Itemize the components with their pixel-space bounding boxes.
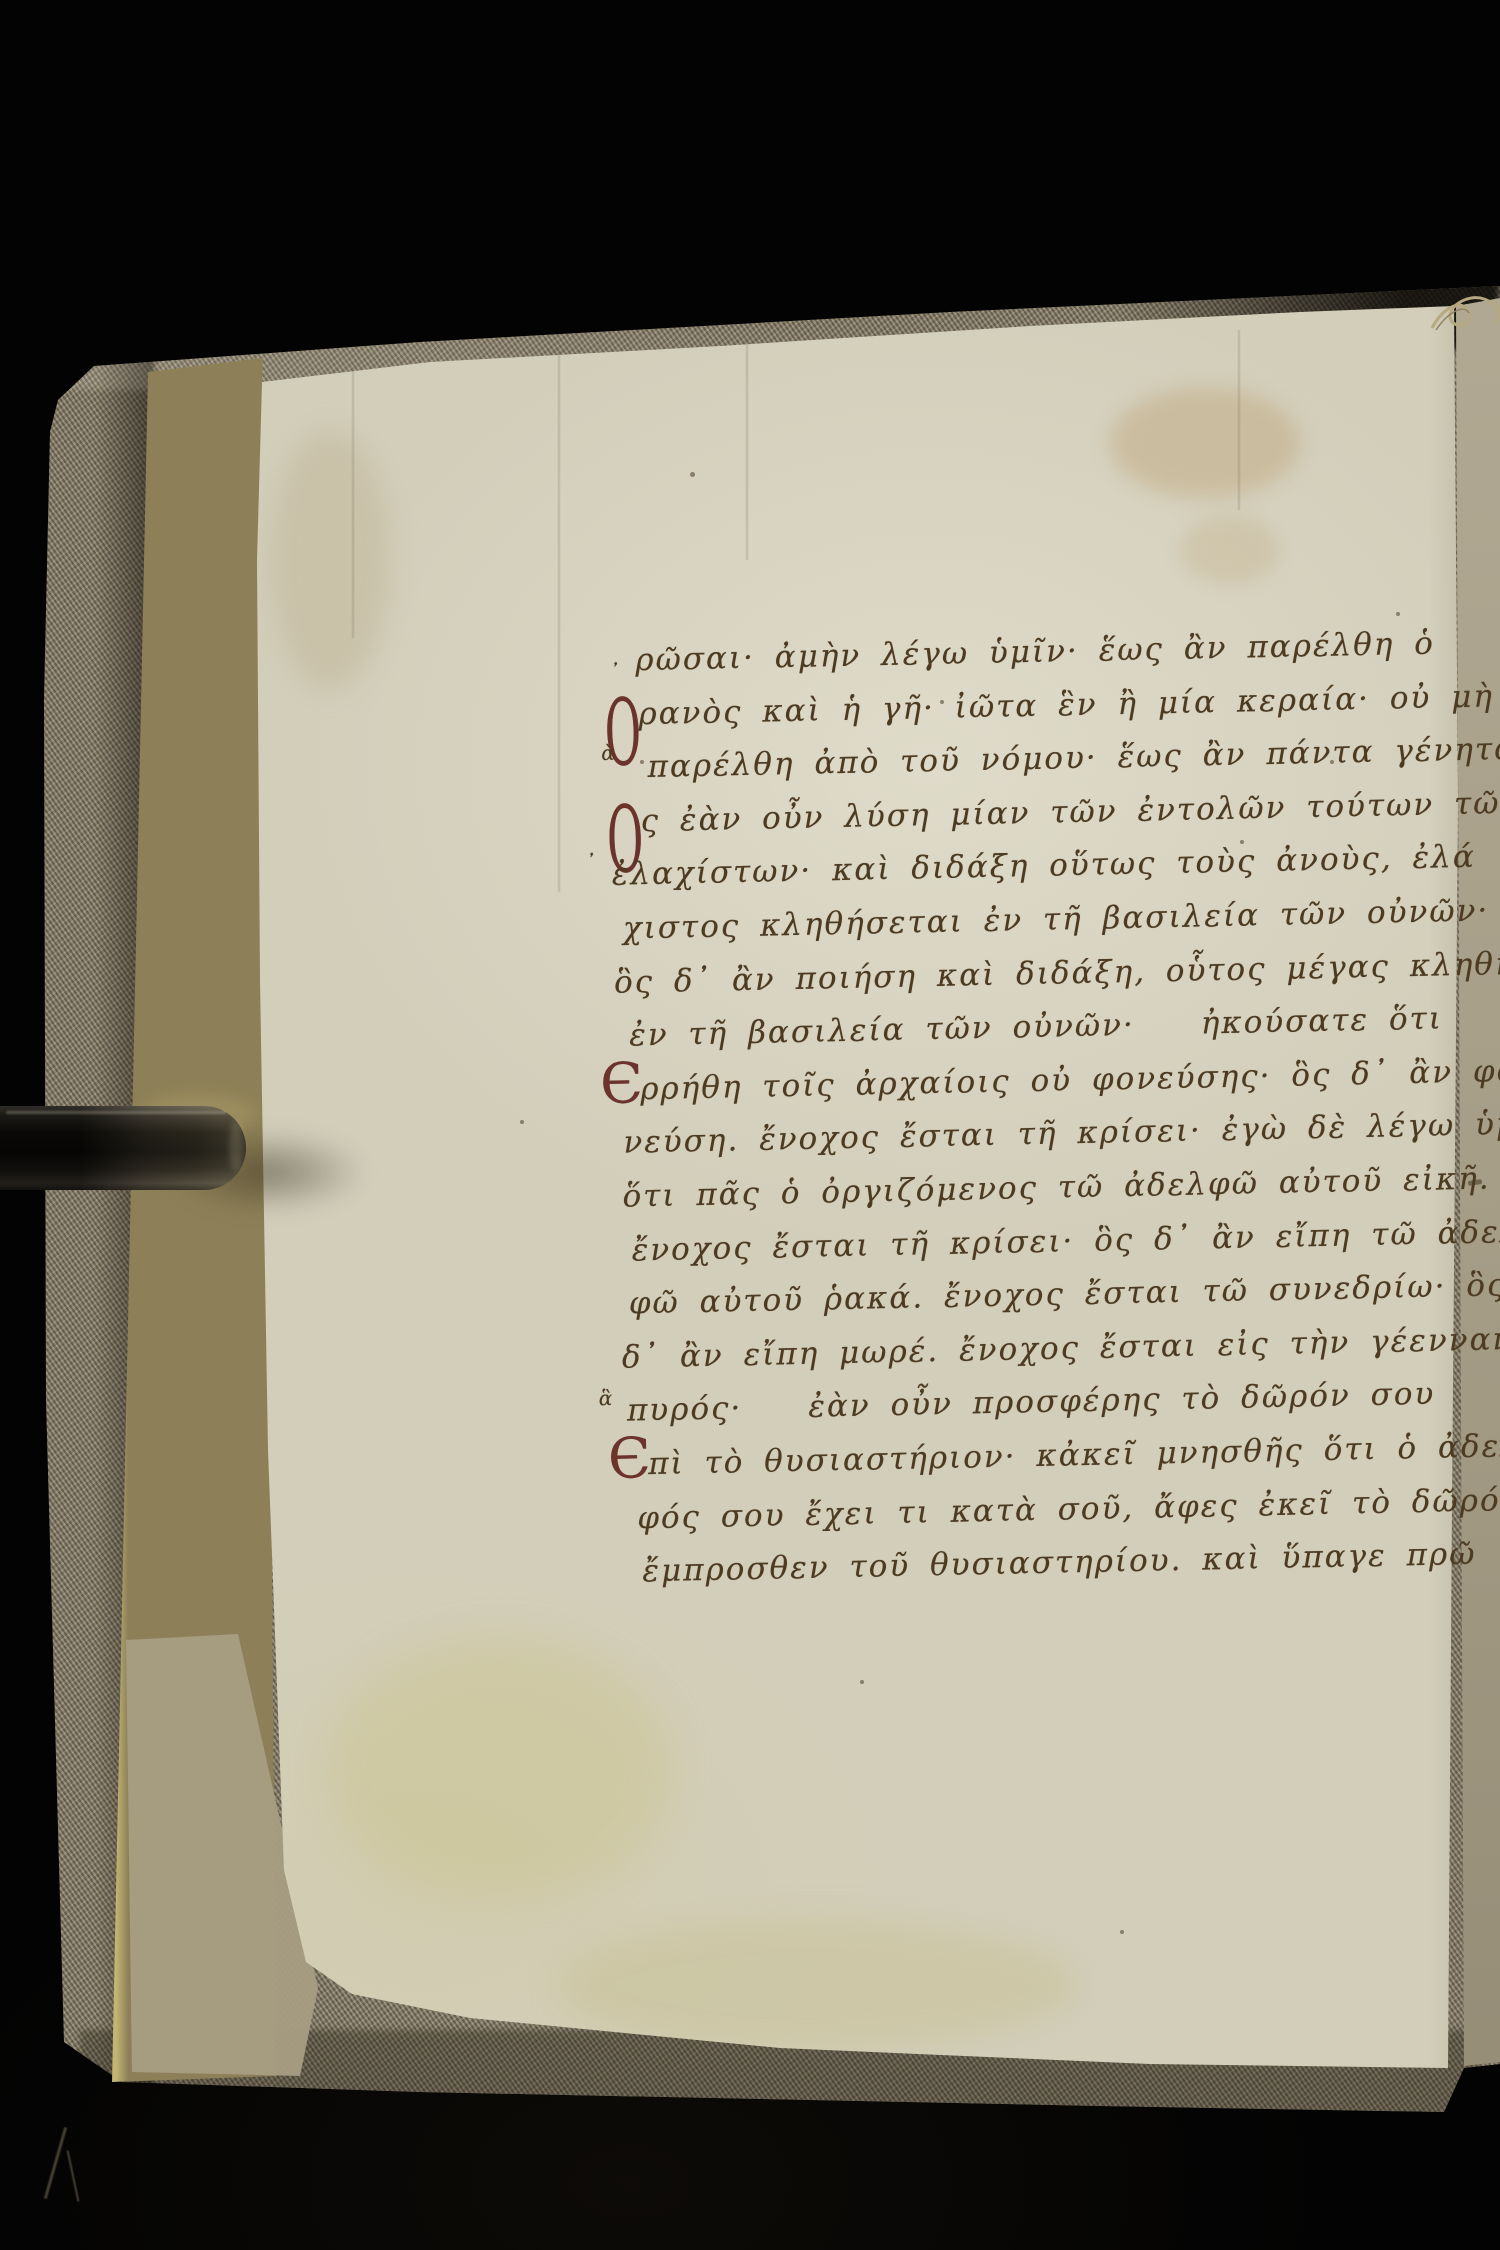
margin-gloss-mark: ὰ [601,743,617,763]
page-crease [746,330,748,560]
illuminated-initial: Є [607,1431,653,1488]
margin-gloss-mark: ἃ [599,1388,615,1408]
page-speck [520,1120,524,1124]
page-crease [558,352,560,892]
page-crease [1238,330,1240,510]
glass-page-weight-rod [0,1106,246,1190]
page-stain [270,430,390,690]
manuscript-line: Ος ἐὰν οὖν λύση μίαν τῶν ἐντολῶν τούτων … [640,794,641,848]
manuscript-line: ὃς δ᾽ ἂν ποιήση καὶ διδάξη, οὗτος μέγας … [613,955,614,1009]
manuscript-line: φῶ αὐτοῦ ῥακά. ἔνοχος ἔσται τῶ συνεδρίω·… [628,1277,629,1331]
manuscript-line: φός σου ἔχει τι κατὰ σοῦ, ἄφες ἐκεῖ τὸ δ… [637,1491,638,1545]
page-stain [560,1920,1080,2050]
page-speck [860,1680,864,1684]
manuscript-line: χιστος κληθήσεται ἐν τῆ βασιλεία τῶν οὐν… [622,902,623,956]
manuscript-line: δ᾽ ἂν εἴπη μωρέ. ἔνοχος ἔσται εἰς τὴν γέ… [621,1331,622,1385]
illuminated-initial: Ο [604,687,643,780]
manuscript-line: Ορανὸς καὶ ἡ γῆ· ἰῶτα ἓν ἢ μία κεραία· ο… [638,687,639,741]
manuscript-line: νεύση. ἔνοχος ἔσται τῆ κρίσει· ἐγὼ δὲ λέ… [623,1116,624,1170]
manuscript-line: ᾽ἐλαχίστων· καὶ διδάξη οὕτως τοὺς ἀνοὺς,… [611,848,612,902]
manuscript-line: ὰπαρέλθη ἀπὸ τοῦ νόμου· ἕως ἂν πάντα γέν… [647,740,648,794]
page-stain [1180,515,1280,585]
frayed-cloth-fiber [67,2150,80,2201]
text-block: ᾿ρῶσαι· ἀμὴν λέγω ὑμῖν· ἕως ἂν παρέλθη ὁ… [600,582,1481,1620]
manuscript-line: Єρρήθη τοῖς ἀρχαίοις οὐ φονεύσης· ὃς δ᾽ … [640,1062,641,1116]
manuscript-line: ἔμπροσθεν τοῦ θυσιαστηρίου. καὶ ὕπαγε πρ… [642,1545,643,1599]
manuscript-line: Єπὶ τὸ θυσιαστήριον· κἀκεῖ μνησθῆς ὅτι ὁ… [648,1437,649,1491]
manuscript-photo: ᾿ρῶσαι· ἀμὴν λέγω ὑμῖν· ἕως ἂν παρέλθη ὁ… [0,0,1500,2250]
manuscript-line: ἔνοχος ἔσται τῆ κρίσει· ὃς δ᾽ ἂν εἴπη τῶ… [631,1223,632,1277]
frayed-cloth-fiber [44,2127,67,2199]
loose-thread-icon [1426,286,1500,346]
margin-gloss-mark: ᾽ [585,853,597,873]
illuminated-initial: Є [600,1056,646,1113]
page-speck [1120,1930,1124,1934]
manuscript-line: ὅτι πᾶς ὁ ὀργιζόμενος τῶ ἀδελφῶ αὐτοῦ εἰ… [622,1170,623,1224]
page-stain [1110,388,1300,498]
page-stain [330,1640,670,1900]
page-crease [352,338,354,638]
page-speck [690,472,695,477]
